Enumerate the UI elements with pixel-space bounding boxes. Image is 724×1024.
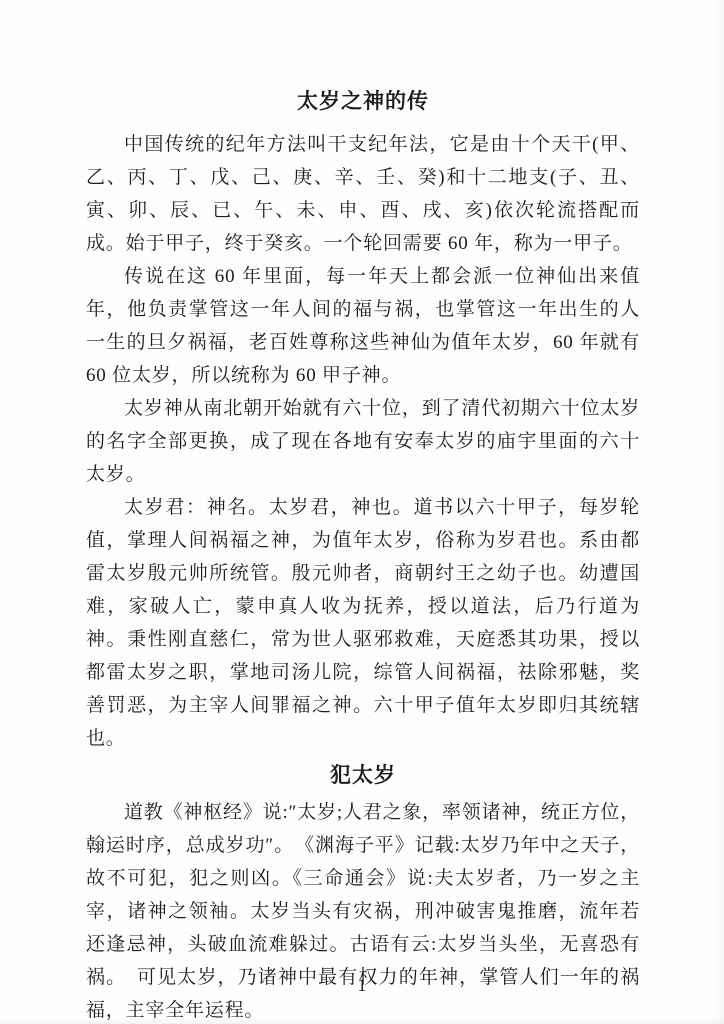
document-title: 太岁之神的传 (86, 86, 640, 116)
document-page: 太岁之神的传 中国传统的纪年方法叫干支纪年法，它是由十个天干(甲、乙、丙、丁、戊… (0, 0, 724, 1024)
page-number: 1 (0, 975, 724, 996)
paragraph-60-immortals: 传说在这 60 年里面，每一年天上都会派一位神仙出来值年，他负责掌管这一年人间的… (86, 260, 640, 392)
paragraph-history: 太岁神从南北朝开始就有六十位，到了清代初期六十位太岁的名字全部更换，成了现在各地… (86, 392, 640, 491)
paragraph-taisui-jun: 太岁君：神名。太岁君，神也。道书以六十甲子，每岁轮值，掌理人间祸福之神，为值年太… (86, 491, 640, 755)
section-heading-fan-taisui: 犯太岁 (86, 759, 640, 792)
paragraph-ganzhi-intro: 中国传统的纪年方法叫干支纪年法，它是由十个天干(甲、乙、丙、丁、戊、己、庚、辛、… (86, 128, 640, 260)
